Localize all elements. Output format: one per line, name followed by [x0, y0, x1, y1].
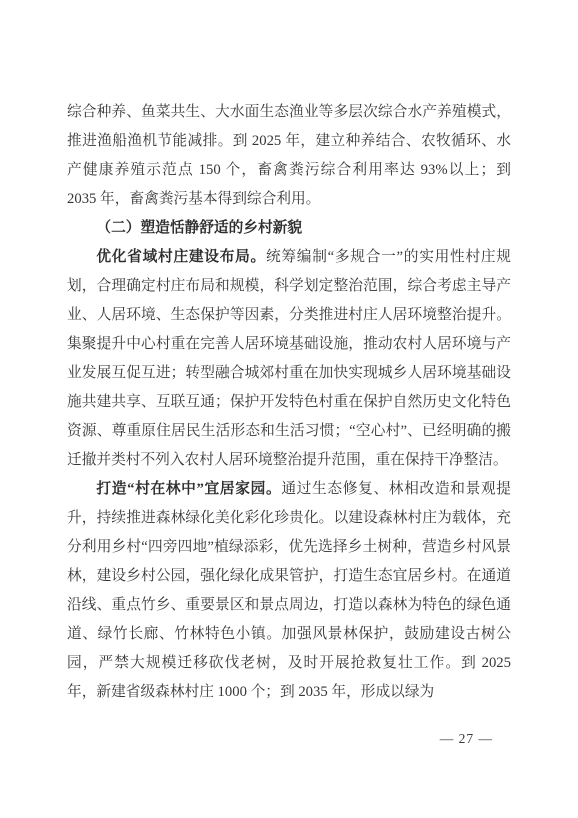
bold-text-segment: 优化省域村庄建设布局。 [96, 249, 266, 265]
bold-text-segment: 打造“村在林中”宜居家园。 [96, 481, 281, 497]
document-page: 综合种养、鱼菜共生、大水面生态渔业等多层次综合水产养殖模式，推进渔船渔机节能减排… [0, 0, 578, 818]
bold-text-segment: （二）塑造恬静舒适的乡村新貌 [96, 220, 302, 236]
page-number: — 27 — [440, 731, 493, 747]
paragraph: 打造“村在林中”宜居家园。通过生态修复、林相改造和景观提升，持续推进森林绿化美化… [67, 475, 511, 707]
document-body: 综合种养、鱼菜共生、大水面生态渔业等多层次综合水产养殖模式，推进渔船渔机节能减排… [67, 98, 511, 707]
section-heading: （二）塑造恬静舒适的乡村新貌 [67, 214, 511, 243]
paragraph: 综合种养、鱼菜共生、大水面生态渔业等多层次综合水产养殖模式，推进渔船渔机节能减排… [67, 98, 511, 214]
text-segment: 统筹编制“多规合一”的实用性村庄规划，合理确定村庄布局和规模，科学划定整治范围，… [67, 249, 511, 468]
text-segment: 通过生态修复、林相改造和景观提升，持续推进森林绿化美化彩化珍贵化。以建设森林村庄… [67, 481, 511, 700]
text-segment: 综合种养、鱼菜共生、大水面生态渔业等多层次综合水产养殖模式，推进渔船渔机节能减排… [67, 104, 511, 207]
paragraph: 优化省域村庄建设布局。统筹编制“多规合一”的实用性村庄规划，合理确定村庄布局和规… [67, 243, 511, 475]
